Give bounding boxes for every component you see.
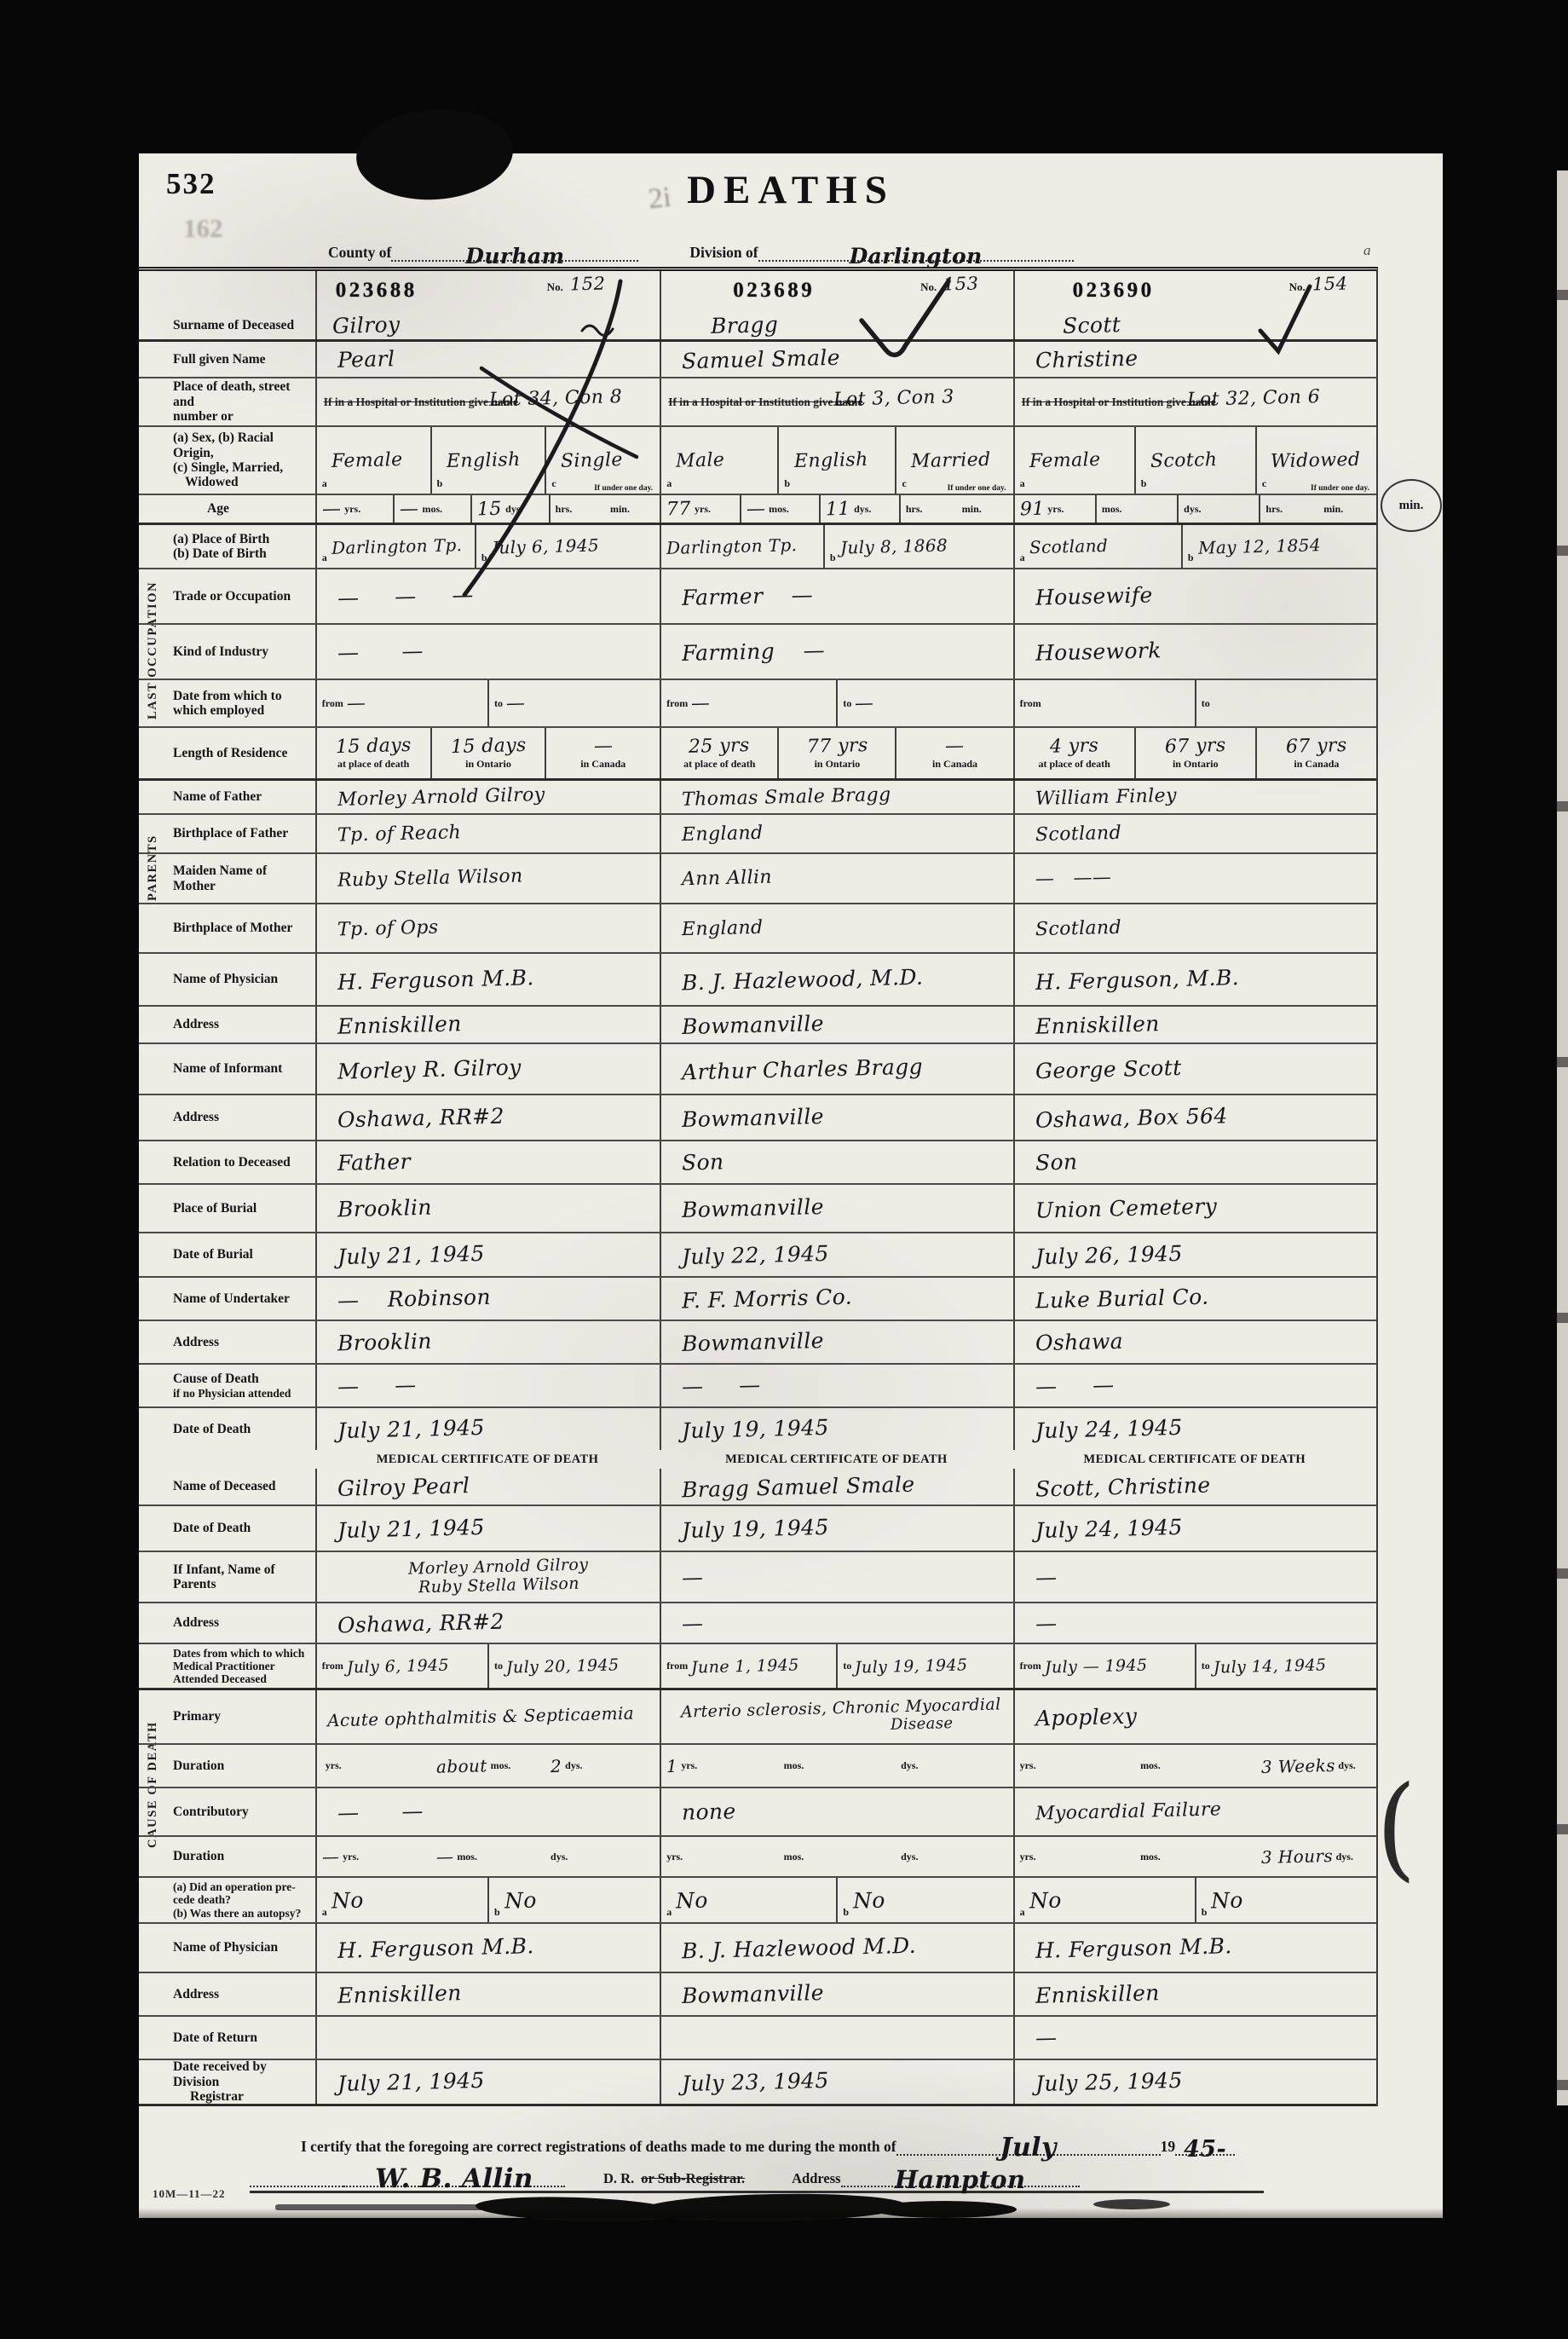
label-duration: Duration — [139, 1837, 315, 1876]
cell: yrs. mos. dys. — [660, 1837, 1012, 1876]
residence-place: 15 daysat place of death — [317, 728, 430, 778]
physician-address-value: Enniskillen — [1035, 1011, 1159, 1039]
relation-value: Father — [337, 1149, 411, 1175]
informant-address-value: Oshawa, Box 564 — [1035, 1103, 1227, 1133]
duration-yrs: 1 yrs. — [661, 1745, 778, 1787]
physician2-address-value: Bowmanville — [682, 1980, 825, 2008]
informant-value: Morley R. Gilroy — [337, 1054, 521, 1083]
row-received: Date received by DivisionRegistrar July … — [139, 2060, 1376, 2106]
scan-smudge — [642, 2192, 907, 2223]
cell: from June 1, 1945 to July 19, 1945 — [660, 1644, 1012, 1688]
scan-edge-artifact — [1557, 170, 1568, 2105]
racial-origin-value: English — [447, 448, 521, 471]
racial-origin-value: Scotch — [1150, 449, 1218, 472]
residence-place: 25 yrsat place of death — [661, 728, 777, 778]
residence-place: 4 yrsat place of death — [1015, 728, 1134, 778]
label-burial-date: Date of Burial — [139, 1233, 315, 1276]
burial-date-value: July 26, 1945 — [1035, 1240, 1182, 1268]
received-value: July 23, 1945 — [682, 2068, 829, 2096]
margin-pen-mark: a — [1363, 242, 1371, 259]
physician2-value: B. J. Hazlewood M.D. — [682, 1932, 917, 1963]
duration-yrs: yrs. — [1015, 1837, 1135, 1876]
entry-number: No.152 — [547, 274, 605, 294]
duration-mos: mos. — [1135, 1745, 1255, 1787]
cell: 023689 No.153 Bragg — [660, 271, 1012, 339]
row-father: Name of Father Morley Arnold Gilroy Thom… — [139, 781, 1376, 815]
cell: aScotland bMay 12, 1854 — [1013, 525, 1376, 568]
operation-answer: aNo — [661, 1878, 836, 1922]
birth-date: bMay 12, 1854 — [1181, 525, 1376, 568]
cell: Morley Arnold GilroyRuby Stella Wilson — [315, 1552, 660, 1602]
cell: — — [1013, 1552, 1376, 1602]
cell: July 22, 1945 — [660, 1233, 1012, 1276]
label-father: Name of Father — [139, 781, 315, 813]
cell: Scott, Christine — [1013, 1469, 1376, 1504]
register-table: LAST OCCUPATION PARENTS CAUSE OF DEATH S… — [139, 267, 1378, 2106]
industry-value: Housework — [1035, 638, 1161, 666]
cell: July 21, 1945 — [315, 2060, 660, 2104]
sex-value: Female — [331, 448, 402, 471]
cell: 023688 No.152 Gilroy — [315, 271, 660, 339]
label-given-name: Full given Name — [139, 342, 315, 377]
cell: Enniskillen — [1013, 1973, 1376, 2015]
label-sex-origin-status: (a) Sex, (b) Racial Origin,(c) Single, M… — [139, 427, 315, 494]
cell: aNo bNo — [315, 1878, 660, 1922]
residence-ontario: 67 yrsin Ontario — [1134, 728, 1255, 778]
cell: 77 yrs. — mos. 11 dys. hrs. min. — [660, 495, 1012, 523]
row-physician2-address: Address Enniskillen Bowmanville Enniskil… — [139, 1973, 1376, 2017]
row-given-name: Full given Name Pearl Samuel Smale Chris… — [139, 342, 1376, 378]
employed-to: to — — [487, 680, 660, 726]
cell: Enniskillen — [315, 1007, 660, 1042]
mother-value: Ruby Stella Wilson — [337, 865, 522, 891]
row-trade: Trade or Occupation — — — Farmer — House… — [139, 569, 1376, 625]
row-mother-birthplace: Birthplace of Mother Tp. of Ops England … — [139, 904, 1376, 954]
margin-bracket-mark: ( — [1376, 1763, 1416, 1893]
birth-place: aScotland — [1015, 525, 1181, 568]
row-employed: Date from which towhich employed from — … — [139, 680, 1376, 728]
age-dys: dys. — [1177, 495, 1259, 523]
cert-name-value: Scott, Christine — [1035, 1472, 1210, 1501]
marital-status-value: Married — [911, 448, 991, 471]
undertaker-value: — Robinson — [337, 1285, 491, 1313]
industry-value: — — — [337, 638, 424, 665]
birth-place: Darlington Tp. — [661, 525, 823, 568]
undertaker-address-value: Bowmanville — [682, 1328, 825, 1356]
cell: MEDICAL CERTIFICATE OF DEATH — [660, 1450, 1012, 1469]
cell: none — [660, 1788, 1012, 1835]
trade-value: Housewife — [1035, 582, 1152, 609]
sex-value: Male — [676, 449, 725, 471]
cell: William Finley — [1013, 781, 1376, 813]
age-hrs: hrs. — [1259, 495, 1318, 523]
certification-year-line: 45- — [1175, 2128, 1235, 2156]
place-of-death-value: Lot 34, Con 8 — [489, 386, 623, 411]
ghost-stamp: 162 — [183, 213, 223, 244]
cell: Farming — — [660, 625, 1012, 679]
cell: July 19, 1945 — [660, 1408, 1012, 1450]
label-primary: Primary — [139, 1690, 315, 1743]
label-address: Address — [139, 1095, 315, 1140]
cell: July 19, 1945 — [660, 1506, 1012, 1551]
cell: If in a Hospital or Institution give nam… — [660, 378, 1012, 425]
label-employed: Date from which towhich employed — [139, 680, 315, 726]
physician-value: H. Ferguson M.B. — [337, 965, 533, 995]
label-mother-birthplace: Birthplace of Mother — [139, 904, 315, 952]
row-father-birthplace: Birthplace of Father Tp. of Reach Englan… — [139, 815, 1376, 854]
age-mos: — mos. — [393, 495, 470, 523]
label-address: Address — [139, 1321, 315, 1363]
cell: F. F. Morris Co. — [660, 1278, 1012, 1320]
duration-yrs: yrs. — [1015, 1745, 1135, 1787]
medical-certificate-heading: MEDICAL CERTIFICATE OF DEATH — [315, 1452, 660, 1467]
cell: Ruby Stella Wilson — [315, 854, 660, 903]
cell: Apoplexy — [1013, 1690, 1376, 1743]
county-division-line: County of Durham Division of Darlington — [328, 235, 1074, 262]
cell: from July — 1945 to July 14, 1945 — [1013, 1644, 1376, 1688]
informant-value: George Scott — [1035, 1054, 1181, 1083]
infant-parent1-value: — — [1035, 1564, 1057, 1590]
duration-dys: dys. — [545, 1837, 660, 1876]
primary-cause2-value: Disease — [890, 1715, 953, 1734]
cell: Son — [660, 1141, 1012, 1183]
scan-smudge — [275, 2204, 488, 2210]
sex-value: Female — [1029, 448, 1100, 471]
certification-text: I certify that the foregoing are correct… — [301, 2138, 896, 2156]
primary-cause-value: Apoplexy — [1035, 1703, 1137, 1730]
label-industry: Kind of Industry — [139, 625, 315, 679]
attended-from: from July — 1945 — [1015, 1644, 1195, 1688]
cell: England — [660, 904, 1012, 952]
row-burial-date: Date of Burial July 21, 1945 July 22, 19… — [139, 1233, 1376, 1278]
cell: July 26, 1945 — [1013, 1233, 1376, 1276]
duration-dys: dys. — [896, 1837, 1012, 1876]
age-hrs: hrs. — [899, 495, 957, 523]
mother-value: — —— — [1035, 867, 1111, 890]
given-name-value: Samuel Smale — [682, 345, 841, 374]
cell: H. Ferguson M.B. — [315, 1924, 660, 1972]
registration-number-stamp: 023689 — [733, 279, 815, 303]
cell: Housework — [1013, 625, 1376, 679]
origin-group: bEnglish — [777, 427, 895, 494]
sex-group: aFemale — [317, 427, 430, 494]
undertaker-address-value: Brooklin — [337, 1329, 432, 1356]
cell: from July 6, 1945 to July 20, 1945 — [315, 1644, 660, 1688]
label-address: Address — [139, 1973, 315, 2015]
undertaker-value: Luke Burial Co. — [1035, 1285, 1208, 1314]
cert-date-of-death-value: July 19, 1945 — [682, 1514, 829, 1542]
page-title: DEATHS — [139, 167, 1443, 213]
contributory-value: none — [682, 1799, 736, 1825]
cell: July 24, 1945 — [1013, 1408, 1376, 1450]
cell: Father — [315, 1141, 660, 1183]
registration-number-stamp: 023688 — [336, 279, 418, 303]
relation-value: Son — [1035, 1149, 1077, 1175]
cell: MEDICAL CERTIFICATE OF DEATH — [315, 1450, 660, 1469]
infant-parent2-value: Ruby Stella Wilson — [418, 1575, 579, 1597]
date-of-return-value: — — [1035, 2025, 1057, 2051]
row-cert-date-of-death: Date of Death July 21, 1945 July 19, 194… — [139, 1506, 1376, 1552]
undertaker-value: F. F. Morris Co. — [682, 1285, 853, 1314]
row-cause-no-physician: Cause of Deathif no Physician attended —… — [139, 1365, 1376, 1408]
birth-place: aDarlington Tp. — [317, 525, 475, 568]
autopsy-answer: bNo — [1195, 1878, 1376, 1922]
cause-no-physician-value: — — — [682, 1372, 761, 1399]
row-attended: Dates from which to whichMedical Practit… — [139, 1644, 1376, 1690]
cell: Christine — [1013, 342, 1376, 377]
scan-smudge — [1093, 2199, 1170, 2209]
division-label: Division of — [689, 244, 758, 262]
informant-address-value: Oshawa, RR#2 — [337, 1103, 504, 1132]
cell: Luke Burial Co. — [1013, 1278, 1376, 1320]
duration-dys: 2 dys. — [545, 1745, 660, 1787]
operation-answer: aNo — [317, 1878, 487, 1922]
cell: 15 daysat place of death 15 daysin Ontar… — [315, 728, 660, 778]
label-date-of-return: Date of Return — [139, 2017, 315, 2059]
mother-birthplace-value: Scotland — [1035, 916, 1121, 939]
industry-value: Farming — — [682, 638, 826, 666]
label-physician: Name of Physician — [139, 954, 315, 1005]
row-contributory: Contributory — — none Myocardial Failure — [139, 1788, 1376, 1837]
row-physician-address: Address Enniskillen Bowmanville Enniskil… — [139, 1007, 1376, 1044]
operation-answer: aNo — [1015, 1878, 1195, 1922]
cell: Bowmanville — [660, 1185, 1012, 1232]
burial-place-value: Brooklin — [337, 1195, 432, 1222]
sex-group: aMale — [661, 427, 777, 494]
autopsy-answer: bNo — [836, 1878, 1012, 1922]
informant-address-value: Bowmanville — [682, 1103, 825, 1131]
cell: — — [660, 1552, 1012, 1602]
cell: — Robinson — [315, 1278, 660, 1320]
birth-date: bJuly 8, 1868 — [823, 525, 1013, 568]
label-cause-no-physician: Cause of Deathif no Physician attended — [139, 1365, 315, 1406]
cell: Oshawa, Box 564 — [1013, 1095, 1376, 1140]
cell: Acute ophthalmitis & Septicaemia — [315, 1690, 660, 1743]
label-place-of-death: Place of death, street andnumber or — [139, 378, 315, 425]
cell: aNo bNo — [1013, 1878, 1376, 1922]
residence-canada: —in Canada — [895, 728, 1012, 778]
contributory-value: Myocardial Failure — [1035, 1799, 1221, 1824]
physician-value: H. Ferguson, M.B. — [1035, 965, 1239, 995]
cell: from to — [1013, 680, 1376, 726]
death-register-page: 532 162 DEATHS 2i a County of Durham Div… — [139, 153, 1443, 2218]
attended-to: to July 20, 1945 — [487, 1644, 660, 1688]
surname-value: Gilroy — [331, 312, 400, 338]
age-yrs: 77 yrs. — [661, 495, 740, 523]
cell: Darlington Tp. bJuly 8, 1868 — [660, 525, 1012, 568]
cell: 91 yrs. mos. dys. hrs. min. — [1013, 495, 1376, 523]
spacer — [139, 1450, 315, 1469]
row-informant: Name of Informant Morley R. Gilroy Arthu… — [139, 1044, 1376, 1095]
employed-to: to — — [836, 680, 1012, 726]
duration-dys: dys. — [896, 1745, 1012, 1787]
cell: yrs. mos. 3 Hours dys. — [1013, 1837, 1376, 1876]
residence-ontario: 15 daysin Ontario — [430, 728, 545, 778]
cell: Arthur Charles Bragg — [660, 1044, 1012, 1094]
label-address: Address — [139, 1007, 315, 1042]
label-relation: Relation to Deceased — [139, 1141, 315, 1183]
cell: Enniskillen — [1013, 1007, 1376, 1042]
racial-origin-value: English — [794, 448, 868, 471]
cell: aMale bEnglish cMarried If under one day… — [660, 427, 1012, 494]
duration-dys: 3 Weeks dys. — [1256, 1745, 1376, 1787]
form-code: 10M—11—22 — [153, 2187, 226, 2201]
row-informant-address: Address Oshawa, RR#2 Bowmanville Oshawa,… — [139, 1095, 1376, 1141]
age-yrs: 91 yrs. — [1015, 495, 1095, 523]
cell: Oshawa, RR#2 — [315, 1095, 660, 1140]
row-relation: Relation to Deceased Father Son Son — [139, 1141, 1376, 1185]
registrar-signature: W. B. Allin — [375, 2163, 533, 2194]
scan-smudge — [872, 2201, 1017, 2218]
row-date-of-return: Date of Return — — [139, 2017, 1376, 2060]
registrar-title-label: D. R. — [603, 2170, 634, 2187]
label-informant: Name of Informant — [139, 1044, 315, 1094]
cell: — — [1013, 2017, 1376, 2059]
received-value: July 21, 1945 — [337, 2068, 484, 2096]
registration-number-stamp: 023690 — [1073, 279, 1155, 303]
label-undertaker: Name of Undertaker — [139, 1278, 315, 1320]
mother-birthplace-value: Tp. of Ops — [337, 916, 438, 940]
employed-from: from — [1015, 680, 1195, 726]
attended-to: to July 14, 1945 — [1195, 1644, 1376, 1688]
cell: Bragg Samuel Smale — [660, 1469, 1012, 1504]
cert-name-value: Gilroy Pearl — [337, 1473, 470, 1501]
father-value: Thomas Smale Bragg — [682, 784, 891, 811]
cell: Oshawa — [1013, 1321, 1376, 1363]
cell: — — — [1013, 1365, 1376, 1406]
cell: — yrs. — mos. 15 dys. hrs. min. — [315, 495, 660, 523]
division-underline: Darlington — [758, 235, 1074, 262]
sex-group: aFemale — [1015, 427, 1134, 494]
cell — [660, 2017, 1012, 2059]
cell — [315, 2017, 660, 2059]
cell: Samuel Smale — [660, 342, 1012, 377]
cell: aFemale bEnglish cSingle If under one da… — [315, 427, 660, 494]
row-date-of-death: Date of Death July 21, 1945 July 19, 194… — [139, 1408, 1376, 1450]
registrar-address-line: Hampton — [841, 2157, 1080, 2187]
row-industry: Kind of Industry — — Farming — Housework — [139, 625, 1376, 680]
cell: B. J. Hazlewood, M.D. — [660, 954, 1012, 1005]
row-cert-name: Name of Deceased Gilroy Pearl Bragg Samu… — [139, 1469, 1376, 1506]
duration-dys: 3 Hours dys. — [1256, 1837, 1376, 1876]
row-physician: Name of Physician H. Ferguson M.B. B. J.… — [139, 954, 1376, 1007]
cell: yrs. mos. 3 Weeks dys. — [1013, 1745, 1376, 1787]
birth-date: bJuly 6, 1945 — [475, 525, 660, 568]
father-birthplace-value: Tp. of Reach — [337, 822, 461, 846]
physician-address-value: Bowmanville — [682, 1010, 825, 1038]
cell: Pearl — [315, 342, 660, 377]
signature-row: W. B. Allin D. R. or Sub-Registrar. Addr… — [250, 2155, 1264, 2193]
under-one-day-note: If under one day. — [594, 484, 653, 493]
label-attended: Dates from which to whichMedical Practit… — [139, 1644, 315, 1688]
registrar-title-label-struck: or Sub-Registrar. — [641, 2170, 745, 2187]
label-cert-name: Name of Deceased — [139, 1469, 315, 1504]
label-trade: Trade or Occupation — [139, 569, 315, 623]
physician2-value: H. Ferguson M.B. — [337, 1933, 533, 1963]
cell: — — [1013, 1603, 1376, 1643]
cell: Gilroy Pearl — [315, 1469, 660, 1504]
duration-yrs: yrs. — [661, 1837, 778, 1876]
row-cert-address: Address Oshawa, RR#2 — — — [139, 1603, 1376, 1644]
cell: — yrs. — mos. dys. — [315, 1837, 660, 1876]
label-date-of-death: Date of Death — [139, 1506, 315, 1551]
trade-value: — — — — [337, 582, 473, 610]
residence-ontario: 77 yrsin Ontario — [777, 728, 895, 778]
cert-date-of-death-value: July 21, 1945 — [337, 1514, 484, 1542]
cell: Housewife — [1013, 569, 1376, 623]
contributory-value: — — — [337, 1799, 424, 1825]
trade-value: Farmer — — [682, 582, 814, 610]
label-operation-autopsy: (a) Did an operation pre-cede death?(b) … — [139, 1878, 315, 1922]
father-birthplace-value: Scotland — [1035, 822, 1121, 845]
row-surname: Surname of Deceased 023688 No.152 Gilroy… — [139, 271, 1376, 342]
label-birth: (a) Place of Birth(b) Date of Birth — [139, 525, 315, 568]
label-duration: Duration — [139, 1745, 315, 1787]
label-father-birthplace: Birthplace of Father — [139, 815, 315, 852]
physician2-value: H. Ferguson M.B. — [1035, 1933, 1231, 1963]
cell: Tp. of Ops — [315, 904, 660, 952]
marital-status-value: Widowed — [1271, 448, 1361, 472]
infant-parent1-value: — — [682, 1564, 704, 1590]
cell: — — — [315, 1365, 660, 1406]
cell: MEDICAL CERTIFICATE OF DEATH — [1013, 1450, 1376, 1469]
entry-number: No.153 — [920, 274, 978, 294]
cell: Son — [1013, 1141, 1376, 1183]
year-prefix: 19 — [1161, 2138, 1176, 2156]
mother-birthplace-value: England — [682, 916, 764, 939]
attended-from: from June 1, 1945 — [661, 1644, 836, 1688]
cell: If in a Hospital or Institution give nam… — [315, 378, 660, 425]
primary-cause-value: Acute ophthalmitis & Septicaemia — [327, 1703, 635, 1731]
cell: If in a Hospital or Institution give nam… — [1013, 378, 1376, 425]
label-received: Date received by DivisionRegistrar — [139, 2060, 315, 2104]
cell: aNo bNo — [660, 1878, 1012, 1922]
label-age: Age — [139, 495, 315, 523]
cell: July 24, 1945 — [1013, 1506, 1376, 1551]
given-name-value: Pearl — [337, 346, 395, 373]
informant-value: Arthur Charles Bragg — [682, 1054, 924, 1084]
cell: Bowmanville — [660, 1007, 1012, 1042]
row-sex-origin-status: (a) Sex, (b) Racial Origin,(c) Single, M… — [139, 427, 1376, 495]
relation-value: Son — [682, 1149, 724, 1175]
label-burial-place: Place of Burial — [139, 1185, 315, 1232]
county-value: Durham — [465, 244, 564, 269]
cell: aFemale bScotch cWidowed If under one da… — [1013, 427, 1376, 494]
under-one-day-note: If under one day. — [948, 484, 1006, 493]
cell: July 21, 1945 — [315, 1233, 660, 1276]
county-underline: Durham — [391, 235, 638, 262]
cell: Oshawa, RR#2 — [315, 1603, 660, 1643]
age-hrs: hrs. — [549, 495, 605, 523]
cell: Brooklin — [315, 1185, 660, 1232]
duration-mos: mos. — [779, 1837, 896, 1876]
cell: Morley Arnold Gilroy — [315, 781, 660, 813]
physician2-address-value: Enniskillen — [1035, 1980, 1159, 2008]
date-of-death-value: July 21, 1945 — [337, 1415, 484, 1443]
label-address: Address — [139, 1603, 315, 1643]
row-medical-certificate: MEDICAL CERTIFICATE OF DEATH MEDICAL CER… — [139, 1450, 1376, 1469]
physician-address-value: Enniskillen — [337, 1011, 461, 1039]
duration-yrs: — yrs. — [317, 1837, 431, 1876]
residence-canada: —in Canada — [545, 728, 660, 778]
label-mother: Maiden Name ofMother — [139, 854, 315, 903]
row-infant-parents: If Infant, Name ofParents Morley Arnold … — [139, 1552, 1376, 1603]
cause-no-physician-value: — — — [1035, 1372, 1114, 1399]
cell: — — — [660, 1365, 1012, 1406]
cell: Myocardial Failure — [1013, 1788, 1376, 1835]
cell: Farmer — — [660, 569, 1012, 623]
row-duration-primary: Duration yrs. about mos. 2 dys. 1 yrs. m… — [139, 1745, 1376, 1788]
